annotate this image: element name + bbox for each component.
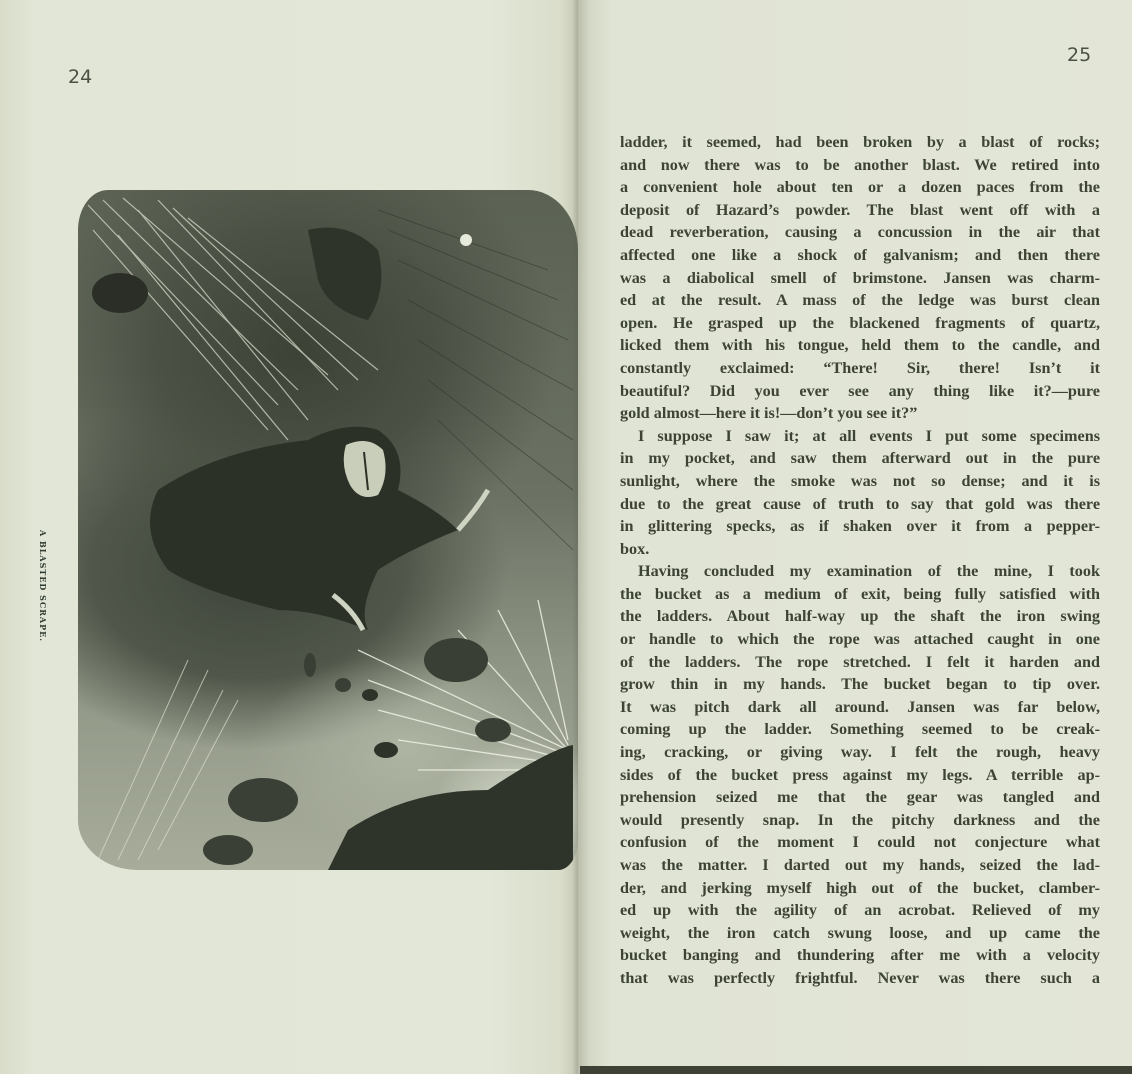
text-line: beautiful? Did you ever see any thing li… [620,380,1100,403]
text-line: constantly exclaimed: “There! Sir, there… [620,357,1100,380]
text-line: was the matter. I darted out my hands, s… [620,854,1100,877]
text-line: a convenient hole about ten or a dozen p… [620,176,1100,199]
illustration-caption: A BLASTED SCRAPE. [38,530,48,642]
text-line: was a diabolical smell of brimstone. Jan… [620,267,1100,290]
text-line: the bucket as a medium of exit, being fu… [620,583,1100,606]
paragraph: ladder, it seemed, had been broken by a … [620,131,1100,425]
text-line: of the ladders. The rope stretched. I fe… [620,651,1100,674]
blast-scene-icon [78,190,578,870]
text-line: licked them with his tongue, held them t… [620,334,1100,357]
text-line: that was perfectly frightful. Never was … [620,967,1100,990]
text-line: in my pocket, and saw them afterward out… [620,447,1100,470]
text-line: sunlight, where the smoke was not so den… [620,470,1100,493]
text-line: grow thin in my hands. The bucket began … [620,673,1100,696]
text-line: gold almost—here it is!—don’t you see it… [620,402,1100,425]
text-line: the ladders. About half-way up the shaft… [620,605,1100,628]
text-line: and now there was to be another blast. W… [620,154,1100,177]
text-line: der, and jerking myself high out of the … [620,877,1100,900]
text-line: ladder, it seemed, had been broken by a … [620,131,1100,154]
left-page: 24 [0,0,578,1074]
text-line: ed up with the agility of an acrobat. Re… [620,899,1100,922]
text-line: due to the great cause of truth to say t… [620,493,1100,516]
text-line: confusion of the moment I could not conj… [620,831,1100,854]
text-line: or handle to which the rope was attached… [620,628,1100,651]
text-line: weight, the iron catch swung loose, and … [620,922,1100,945]
text-line: It was pitch dark all around. Jansen was… [620,696,1100,719]
text-line: would presently snap. In the pitchy dark… [620,809,1100,832]
text-line: bucket banging and thundering after me w… [620,944,1100,967]
page-body-text: ladder, it seemed, had been broken by a … [620,131,1100,990]
text-line: box. [620,538,1100,561]
text-line: affected one like a shock of galvanism; … [620,244,1100,267]
page-number-left: 24 [68,66,92,88]
text-line: open. He grasped up the blackened fragme… [620,312,1100,335]
page-bottom-edge [580,1066,1132,1074]
paragraph: I suppose I saw it; at all events I put … [620,425,1100,561]
text-line: sides of the bucket press against my leg… [620,764,1100,787]
text-line: Having concluded my examination of the m… [620,560,1100,583]
text-line: prehension seized me that the gear was t… [620,786,1100,809]
text-line: dead reverberation, causing a concussion… [620,221,1100,244]
text-line: ing, cracking, or giving way. I felt the… [620,741,1100,764]
text-line: I suppose I saw it; at all events I put … [620,425,1100,448]
engraving-illustration [78,190,578,870]
page-number-right: 25 [1067,44,1091,66]
paragraph: Having concluded my examination of the m… [620,560,1100,989]
text-line: deposit of Hazard’s powder. The blast we… [620,199,1100,222]
book-spread: 24 [0,0,1132,1074]
text-line: coming up the ladder. Something seemed t… [620,718,1100,741]
text-line: in glittering specks, as if shaken over … [620,515,1100,538]
text-line: ed at the result. A mass of the ledge wa… [620,289,1100,312]
